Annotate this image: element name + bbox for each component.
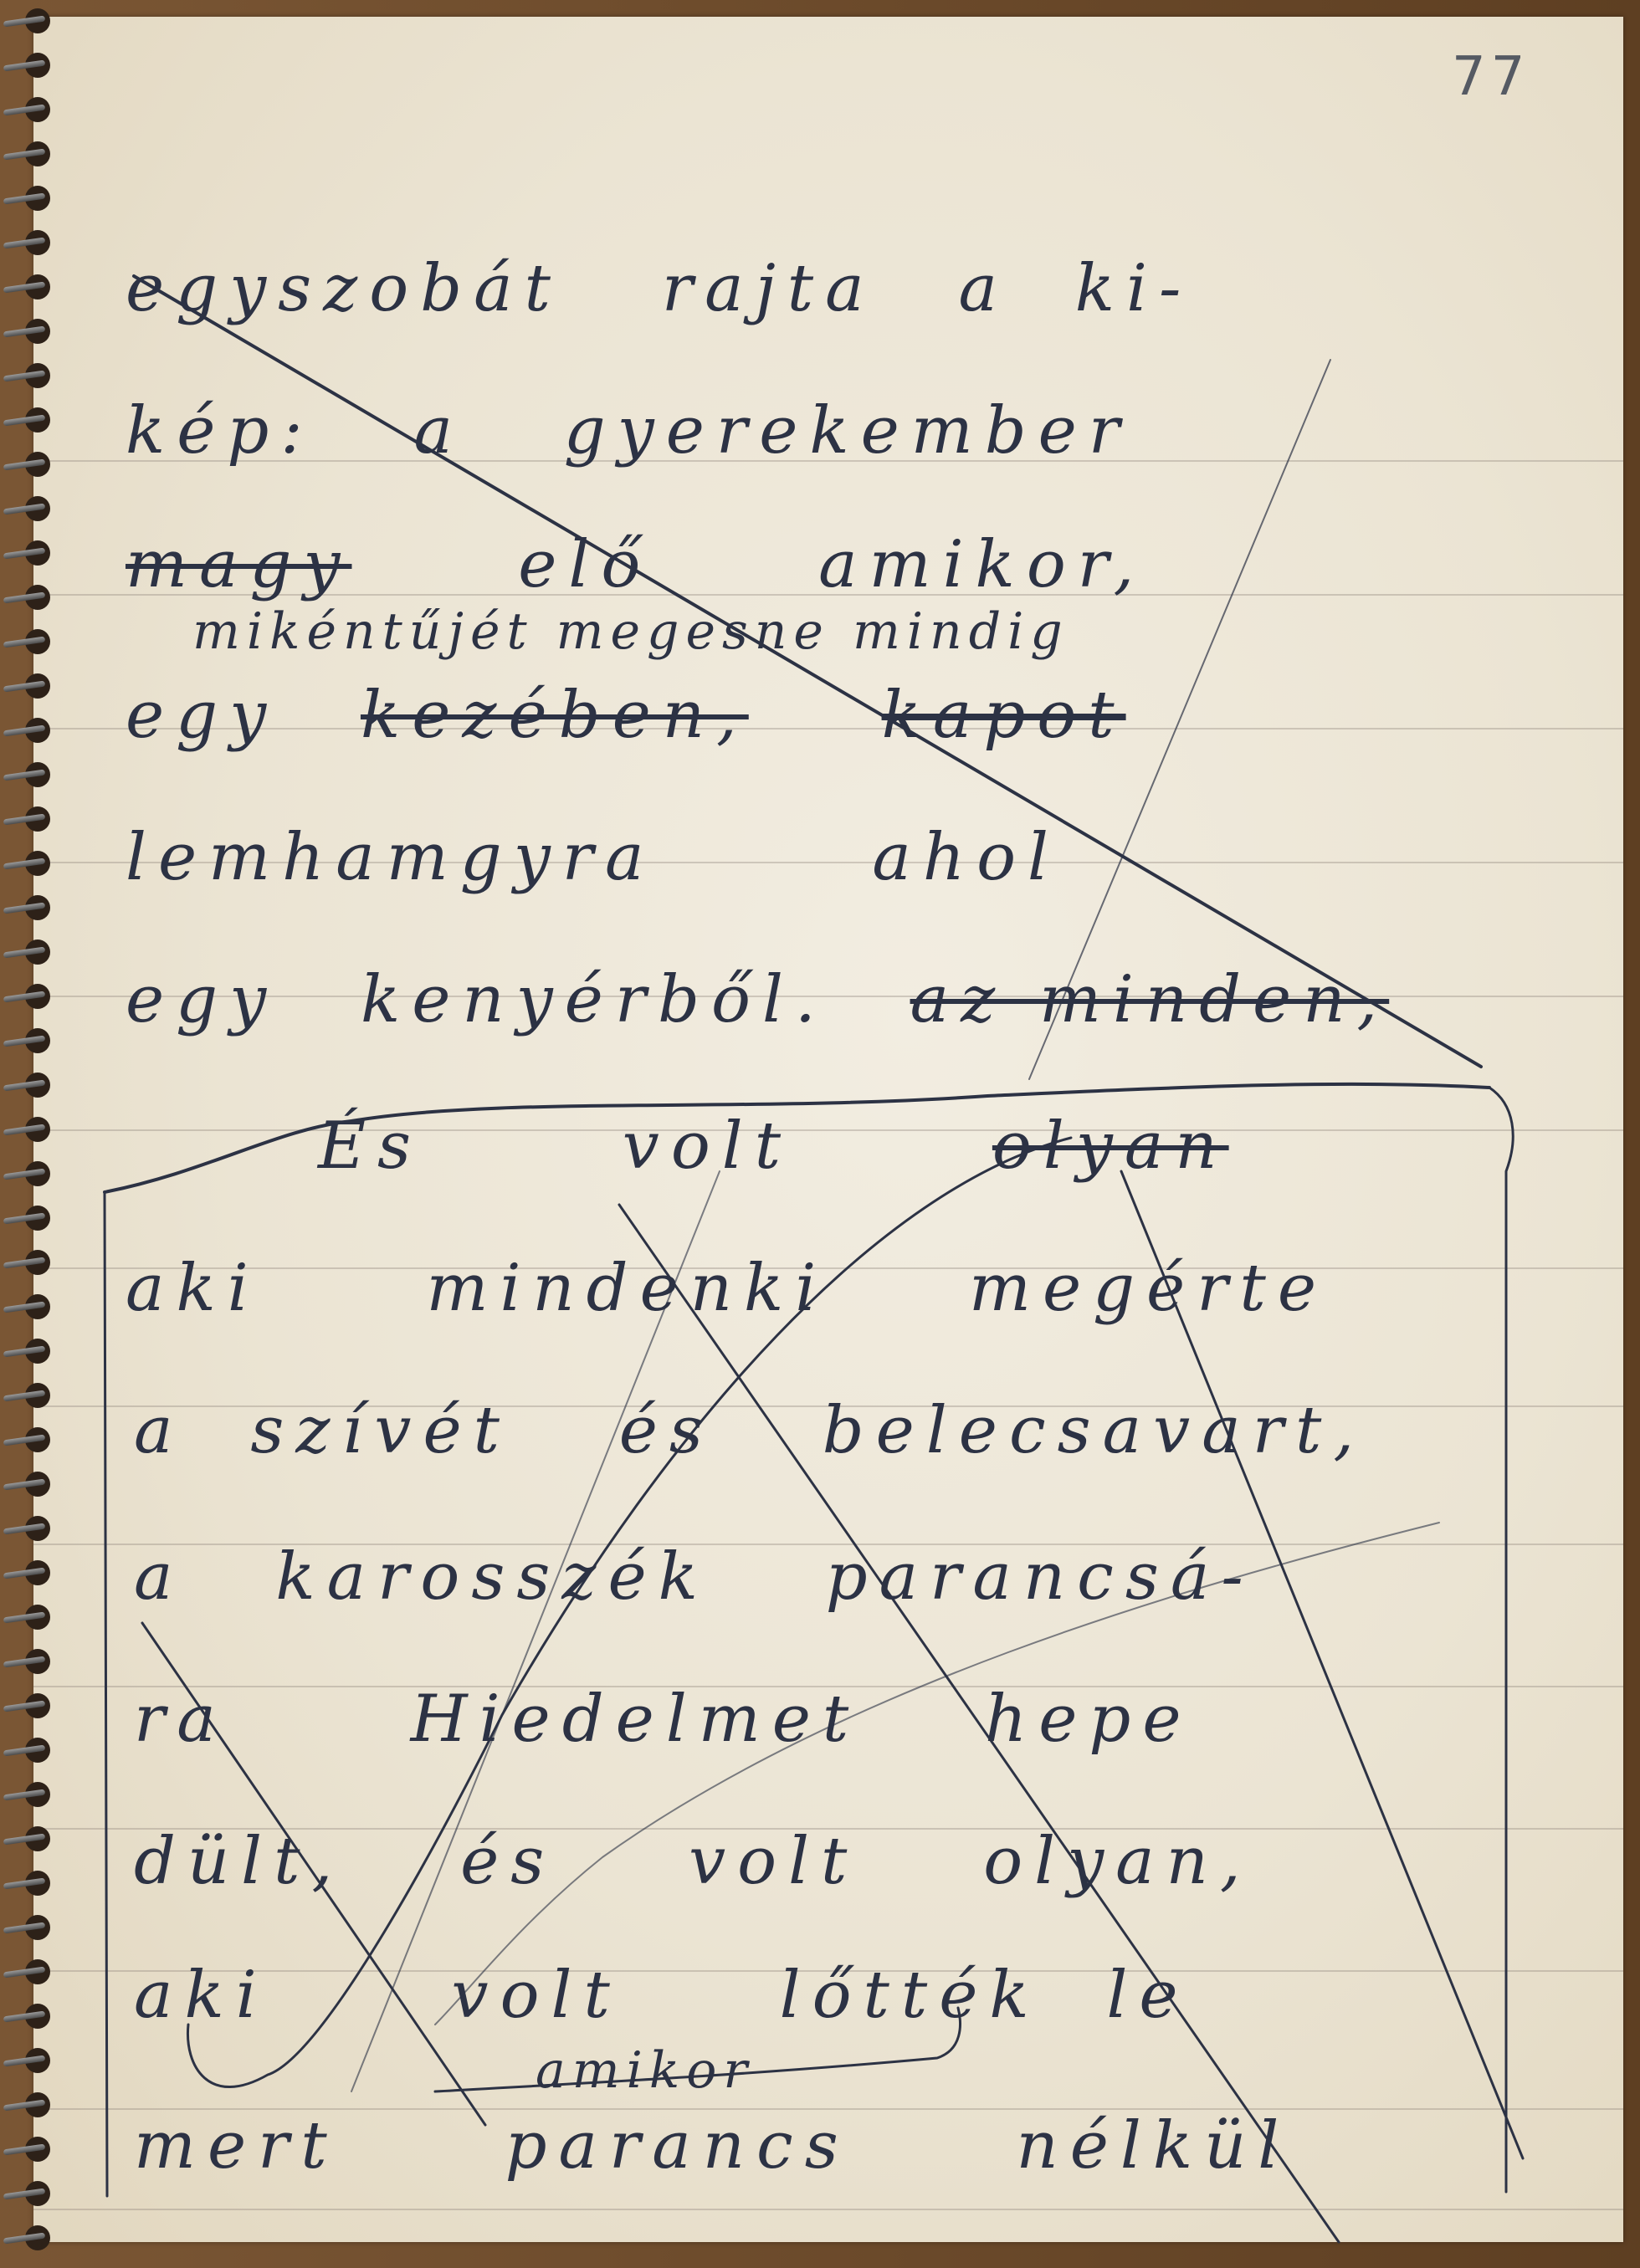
word: és [619,1393,715,1468]
ruled-line [33,2209,1623,2210]
word: a [134,1393,185,1468]
spiral-ring [3,1915,55,1940]
spiral-ring [3,806,55,832]
word: nélkül [1017,2108,1291,2184]
handwritten-line-14: aki volt lőtték le [134,1958,1190,2033]
spiral-ring [3,230,55,255]
word: lőtték [780,1958,1041,2033]
spiral-ring [3,2225,55,2250]
word: karosszék [275,1539,710,1615]
handwritten-line-5: egy kezében, kapot [126,678,1126,753]
spiral-ring [3,274,55,299]
spiral-ring [3,540,55,566]
handwritten-line-1: egyszobát rajta a ki- [126,251,1192,326]
spiral-ring [3,1472,55,1497]
word: elő [518,527,652,602]
spiral-ring [3,895,55,920]
word: mindenki [427,1251,828,1326]
word: aki [126,1251,260,1326]
word: egyszobát [126,251,562,326]
handwritten-line-9: aki mindenki megérte [126,1251,1328,1326]
spiral-ring [3,496,55,521]
spiral-ring [3,1339,55,1364]
handwritten-line-12: ra Hiedelmet hepe [134,1682,1193,1757]
spiral-ring [3,1073,55,1098]
handwritten-line-7: egy kenyérből. az minden, [126,962,1389,1037]
spiral-ring [3,319,55,344]
word: és [460,1824,556,1899]
word: volt [689,1824,858,1899]
word: kép: [126,393,315,468]
spiral-ring [3,1605,55,1630]
word: És [318,1108,423,1184]
spiral-ring [3,1693,55,1718]
spiral-ring [3,2181,55,2206]
word: ra [134,1682,228,1757]
word: mert [134,2108,339,2184]
spiral-ring [3,1516,55,1541]
spiral-ring [3,629,55,654]
spiral-ring [3,673,55,699]
word: a [413,393,464,468]
word: kenyérből. [361,962,828,1037]
spiral-ring [3,186,55,211]
spiral-ring [3,1826,55,1851]
word: ki- [1075,251,1193,326]
spiral-ring [3,1871,55,1896]
spiral-binding [0,0,59,2268]
spiral-ring [3,762,55,787]
page-number: 77 [1452,46,1530,108]
word: lemhamgyra [126,820,656,895]
spiral-ring [3,939,55,965]
spiral-ring [3,2048,55,2073]
spiral-ring [3,1738,55,1763]
handwritten-insertion-line-15: amikor [536,2041,754,2100]
spiral-ring [3,1959,55,1984]
spiral-ring [3,2092,55,2117]
word: ahol [872,820,1060,895]
word: megérte [969,1251,1328,1326]
spiral-ring [3,984,55,1009]
word: egy [126,962,278,1037]
spiral-ring [3,363,55,388]
handwritten-line-11: a karosszék parancsá- [134,1539,1255,1615]
word: egy [126,678,278,753]
word: volt [623,1108,792,1184]
handwritten-line-16: mert parancs nélkül [134,2108,1290,2184]
spiral-ring [3,1028,55,1053]
spiral-ring [3,1294,55,1319]
spiral-ring [3,1649,55,1674]
spiral-ring [3,8,55,33]
spiral-ring [3,2004,55,2029]
word: parancsá- [826,1539,1255,1615]
handwritten-line-13: dült, és volt olyan, [134,1824,1253,1899]
struck-word: kapot [882,678,1126,753]
word: aki [134,1958,269,2033]
spiral-ring [3,585,55,610]
spiral-ring [3,851,55,876]
struck-word: kezében, [361,678,749,753]
word: parancs [505,2108,850,2184]
spiral-ring [3,1117,55,1142]
spiral-ring [3,1250,55,1275]
handwritten-insertion-line-4: mikéntűjét megesne mindig [192,602,1069,661]
spiral-ring [3,53,55,78]
spiral-ring [3,452,55,477]
handwritten-line-10: a szívét és belecsavart, [134,1393,1366,1468]
word: olyan, [983,1824,1253,1899]
spiral-ring [3,141,55,166]
word: belecsavart, [823,1393,1366,1468]
word: hepe [985,1682,1193,1757]
spiral-ring [3,718,55,743]
struck-word: az minden, [910,962,1390,1037]
spiral-ring [3,97,55,122]
spiral-ring [3,407,55,433]
handwritten-line-6: lemhamgyra ahol [126,820,1060,895]
word: szívét [250,1393,511,1468]
handwritten-line-2: kép: a gyerekember [126,393,1131,468]
spiral-ring [3,1206,55,1231]
word: gyerekember [564,393,1131,468]
handwritten-line-3: magy elő amikor, [126,527,1145,602]
struck-word: olyan [992,1108,1229,1184]
spiral-ring [3,2137,55,2162]
spiral-ring [3,1383,55,1408]
word: Hiedelmet [411,1682,861,1757]
word: rajta [662,251,876,326]
struck-word: magy [126,527,351,602]
word: a [958,251,1009,326]
word: a [134,1539,185,1615]
handwritten-line-8: És volt olyan [318,1108,1229,1184]
spiral-ring [3,1560,55,1585]
spiral-ring [3,1782,55,1807]
word: dült, [134,1824,344,1899]
word: amikor, [818,527,1145,602]
word: volt [452,1958,622,2033]
spiral-ring [3,1427,55,1452]
spiral-ring [3,1161,55,1186]
word: le [1106,1958,1189,2033]
